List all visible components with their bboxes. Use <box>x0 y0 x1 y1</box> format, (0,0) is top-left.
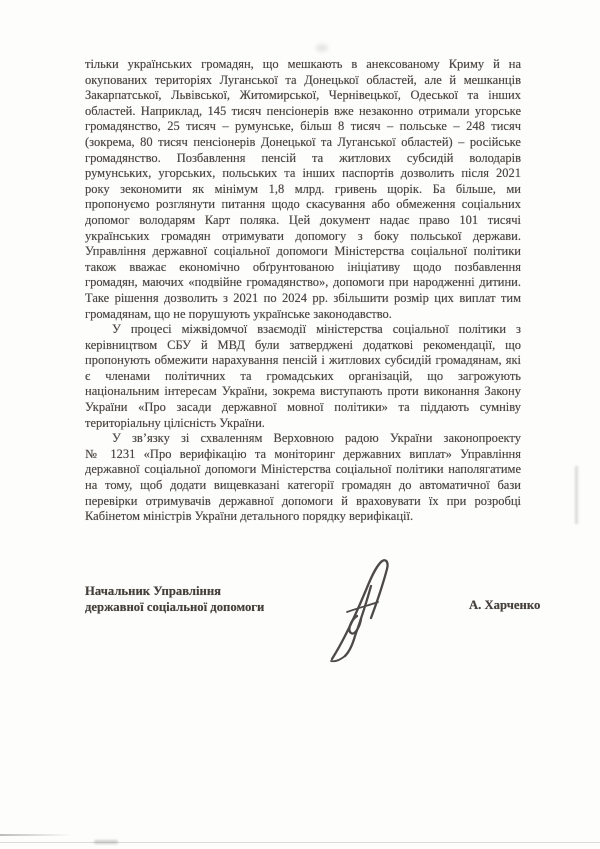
text-line: українських громадян отримувати допомогу… <box>85 229 521 245</box>
scan-edge-line <box>0 842 600 843</box>
text-line: перевірки отримувачів державної допомоги… <box>85 494 521 510</box>
text-line: громадян, маючих «подвійне громадянство»… <box>85 275 521 291</box>
text-line: національним інтересам України, зокрема … <box>85 384 521 400</box>
text-line: румунських, угорських, польських та інши… <box>85 166 521 182</box>
text-line: допомог володарям Карт поляка. Цей докум… <box>85 213 521 229</box>
text-line: керівництвом СБУ й МВД були затверджені … <box>85 338 521 354</box>
scan-edge-blob <box>94 840 118 844</box>
text-line: Управління державної соціальної допомоги… <box>85 244 521 260</box>
document-page: тільки українських громадян, що мешкають… <box>0 0 600 849</box>
scan-smudge <box>316 44 328 52</box>
text-line: № 1231 «Про верифікацію та моніторинг де… <box>85 447 521 463</box>
signatory-name: А. Харченко <box>469 598 540 613</box>
scan-edge-streak <box>0 834 72 836</box>
text-line: року зекономити як мінімум 1,8 млрд. гри… <box>85 182 521 198</box>
paragraph: У процесі міжвідомчої взаємодії міністер… <box>85 322 521 431</box>
body-text: тільки українських громадян, що мешкають… <box>85 57 521 525</box>
text-line: громадянство, 25 тисяч – румунське, біль… <box>85 119 521 135</box>
signatory-title-line-2: державної соціальної допомоги <box>85 599 264 615</box>
text-line: територіальну цілісність України. <box>85 416 521 432</box>
text-line: Закарпатської, Львівської, Житомирської,… <box>85 88 521 104</box>
text-line: У зв’язку зі схваленням Верховною радою … <box>85 431 521 447</box>
text-line: громадянам, що не порушують українське з… <box>85 307 521 323</box>
text-line: окупованих територіях Луганської та Доне… <box>85 73 521 89</box>
text-line: пропонують обмежити нарахування пенсій і… <box>85 353 521 369</box>
text-line: (зокрема, 80 тисяч пенсіонерів Донецької… <box>85 135 521 151</box>
text-line: областей. Наприклад, 145 тисяч пенсіонер… <box>85 104 521 120</box>
text-line: України «Про засади державної мовної пол… <box>85 400 521 416</box>
text-line: є членами політичних та громадських орга… <box>85 369 521 385</box>
text-line: також вважає економічно обґрунтованою ін… <box>85 260 521 276</box>
signatory-title-line-1: Начальник Управління <box>85 583 264 599</box>
text-line: на тому, щоб додати вищевказані категорі… <box>85 478 521 494</box>
text-line: громадянство. Позбавлення пенсій та житл… <box>85 151 521 167</box>
signatory-title: Начальник Управління державної соціально… <box>85 583 264 615</box>
paragraph: У зв’язку зі схваленням Верховною радою … <box>85 431 521 525</box>
scan-band <box>575 466 578 524</box>
text-line: Таке рішення дозволить з 2021 по 2024 рр… <box>85 291 521 307</box>
text-line: тільки українських громадян, що мешкають… <box>85 57 521 73</box>
text-line: державної соціальної допомоги Міністерст… <box>85 462 521 478</box>
text-line: пропонуємо розглянути питання щодо скасу… <box>85 197 521 213</box>
text-line: У процесі міжвідомчої взаємодії міністер… <box>85 322 521 338</box>
text-line: Кабінетом міністрів України детального п… <box>85 509 521 525</box>
paragraph: тільки українських громадян, що мешкають… <box>85 57 521 322</box>
handwritten-signature-icon <box>320 556 410 666</box>
